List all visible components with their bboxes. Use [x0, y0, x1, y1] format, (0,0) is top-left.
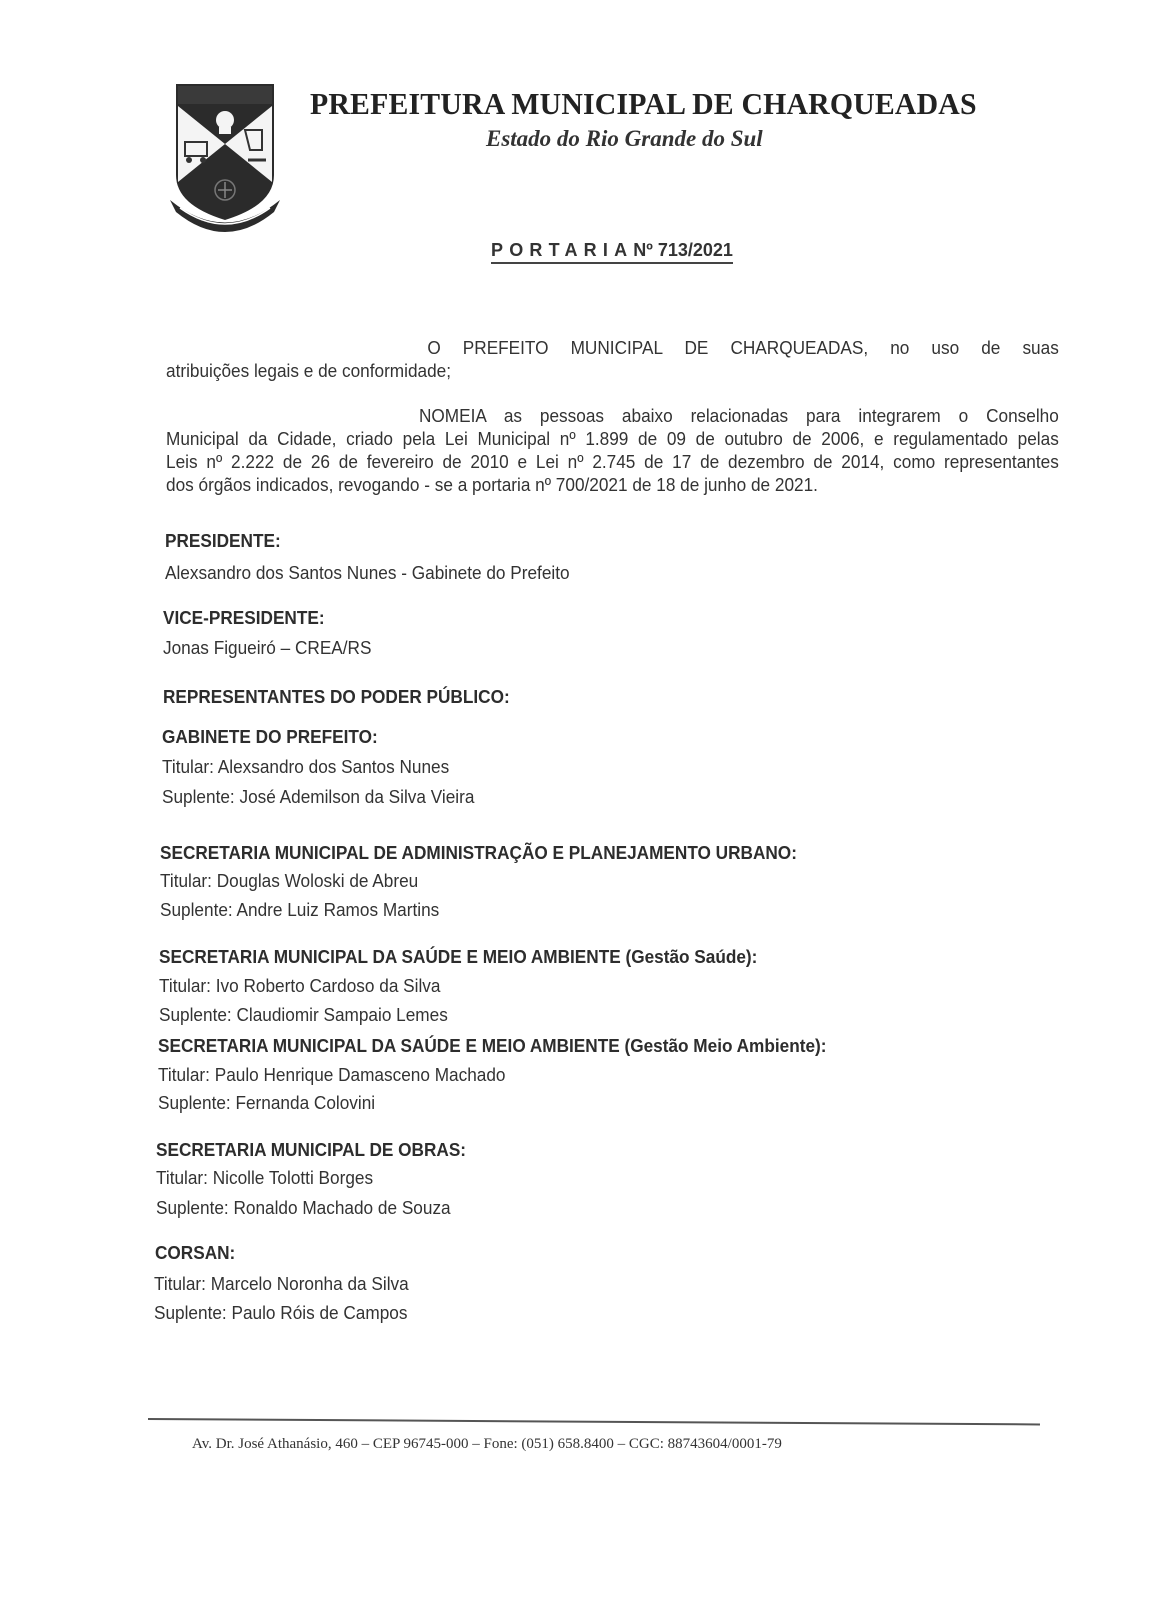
section-suplente: Suplente: Fernanda Colovini — [158, 1092, 375, 1114]
nomination-line-1: NOMEIA as pessoas abaixo relacionadas pa… — [419, 405, 1059, 426]
section-titular: Titular: Nicolle Tolotti Borges — [156, 1167, 373, 1189]
president-value: Alexsandro dos Santos Nunes - Gabinete d… — [165, 562, 570, 584]
nomination-line-2: Municipal da Cidade, criado pela Lei Mun… — [166, 427, 1059, 450]
section-titular: Titular: Alexsandro dos Santos Nunes — [162, 756, 449, 778]
coat-of-arms-icon — [170, 80, 280, 235]
section-heading: GABINETE DO PREFEITO: — [162, 726, 378, 748]
section-suplente: Suplente: Paulo Róis de Campos — [154, 1302, 407, 1324]
section-suplente: Suplente: Andre Luiz Ramos Martins — [160, 899, 439, 921]
vice-president-heading: VICE-PRESIDENTE: — [163, 607, 325, 629]
section-heading: SECRETARIA MUNICIPAL DE OBRAS: — [156, 1139, 466, 1161]
preamble-line-1: O PREFEITO MUNICIPAL DE CHARQUEADAS, no … — [427, 337, 1058, 358]
president-heading: PRESIDENTE: — [165, 530, 281, 552]
section-heading: SECRETARIA MUNICIPAL DE ADMINISTRAÇÃO E … — [160, 842, 797, 864]
nomination-paragraph: NOMEIA as pessoas abaixo relacionadas pa… — [166, 404, 1059, 496]
header-subtitle: Estado do Rio Grande do Sul — [486, 126, 763, 152]
section-heading: SECRETARIA MUNICIPAL DA SAÚDE E MEIO AMB… — [158, 1035, 826, 1057]
representatives-heading: REPRESENTANTES DO PODER PÚBLICO: — [163, 686, 510, 708]
section-heading: SECRETARIA MUNICIPAL DA SAÚDE E MEIO AMB… — [159, 946, 757, 968]
section-titular: Titular: Paulo Henrique Damasceno Machad… — [158, 1064, 505, 1086]
footer-divider — [148, 1418, 1040, 1425]
preamble-paragraph: O PREFEITO MUNICIPAL DE CHARQUEADAS, no … — [166, 336, 1059, 382]
nomination-line-3: Leis nº 2.222 de 26 de fevereiro de 2010… — [166, 450, 1059, 473]
footer-address: Av. Dr. José Athanásio, 460 – CEP 96745-… — [192, 1436, 782, 1453]
preamble-line-2: atribuições legais e de conformidade; — [166, 359, 1059, 382]
nomination-line-4: dos órgãos indicados, revogando - se a p… — [166, 473, 1059, 496]
section-suplente: Suplente: José Ademilson da Silva Vieira — [162, 786, 474, 808]
portaria-prefix: PORTARIA — [491, 240, 633, 260]
portaria-number: Nº 713/2021 — [633, 240, 733, 260]
header-title: PREFEITURA MUNICIPAL DE CHARQUEADAS — [310, 86, 977, 122]
section-heading: CORSAN: — [155, 1242, 235, 1264]
document-page: PREFEITURA MUNICIPAL DE CHARQUEADAS Esta… — [0, 0, 1153, 1599]
section-suplente: Suplente: Ronaldo Machado de Souza — [156, 1197, 451, 1219]
section-suplente: Suplente: Claudiomir Sampaio Lemes — [159, 1004, 448, 1026]
vice-president-value: Jonas Figueiró – CREA/RS — [163, 637, 371, 659]
portaria-title: PORTARIANº 713/2021 — [491, 240, 733, 264]
section-titular: Titular: Marcelo Noronha da Silva — [154, 1273, 409, 1295]
section-titular: Titular: Douglas Woloski de Abreu — [160, 870, 418, 892]
section-titular: Titular: Ivo Roberto Cardoso da Silva — [159, 975, 440, 997]
